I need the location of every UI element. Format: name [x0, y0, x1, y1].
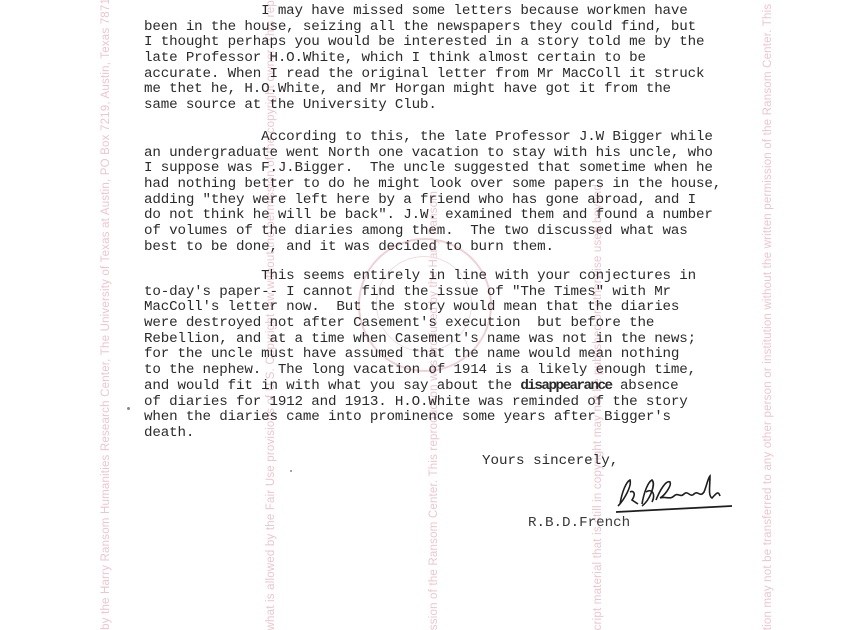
handwritten-signature: [608, 470, 738, 518]
text-line: for the uncle must have assumed that the…: [144, 347, 696, 363]
text-line: accurate. When I read the original lette…: [144, 67, 704, 83]
text-line: to the nephew. The long vacation of 1914…: [144, 363, 696, 379]
text-line: death.: [144, 426, 696, 442]
paragraph-3: This seems entirely in line with your co…: [144, 269, 696, 442]
text-line: had nothing better to do he might look o…: [144, 177, 721, 193]
text-line: an undergraduate went North one vacation…: [144, 146, 721, 162]
text-line: when the diaries came into prominence so…: [144, 410, 696, 426]
text-line: Rebellion, and at a time when Casement's…: [144, 332, 696, 348]
paper-speck: [127, 407, 130, 410]
text-line: me thet he, H.O.White, and Mr Horgan mig…: [144, 82, 704, 98]
text-line: I may have missed some letters because w…: [144, 4, 704, 20]
text-line: This seems entirely in line with your co…: [144, 269, 696, 285]
paragraph-2: According to this, the late Professor J.…: [144, 130, 721, 256]
document-page: by the Harry Ransom Humanities Research …: [0, 0, 845, 630]
text-line: MacColl's letter now. But the story woul…: [144, 300, 696, 316]
text-line-with-strikeover: and would fit in with what you say about…: [144, 379, 696, 395]
text-line: of diaries for 1912 and 1913. H.O.White …: [144, 395, 696, 411]
watermark-strip-5: tion may not be transferred to any other…: [762, 0, 774, 630]
text-line: best to be done, and it was decided to b…: [144, 240, 721, 256]
text-line: late Professor H.O.White, which I think …: [144, 51, 704, 67]
paragraph-1: I may have missed some letters because w…: [144, 4, 704, 114]
text-line: I suppose was F.J.Bigger. The uncle sugg…: [144, 161, 721, 177]
struck-over-word: disappearance: [520, 378, 611, 394]
text-line: adding "they were left here by a friend …: [144, 193, 721, 209]
text-segment: and would fit in with what you say about…: [144, 378, 520, 394]
text-segment: absence: [612, 378, 679, 394]
text-line: were destroyed not after Casement's exec…: [144, 316, 696, 332]
text-line: According to this, the late Professor J.…: [144, 130, 721, 146]
closing-salutation: Yours sincerely,: [482, 453, 618, 469]
paper-speck: [290, 470, 292, 472]
typed-signatory-name: R.B.D.French: [528, 515, 630, 531]
text-line: to-day's paper-- I cannot find the issue…: [144, 285, 696, 301]
text-line: I thought perhaps you would be intereste…: [144, 35, 704, 51]
text-line: do not think he will be back". J.W. exam…: [144, 208, 721, 224]
text-line: been in the house, seizing all the newsp…: [144, 20, 704, 36]
text-line: same source at the University Club.: [144, 98, 704, 114]
text-line: of volumes of the diaries among them. Th…: [144, 224, 721, 240]
watermark-strip-1: by the Harry Ransom Humanities Research …: [100, 0, 112, 630]
